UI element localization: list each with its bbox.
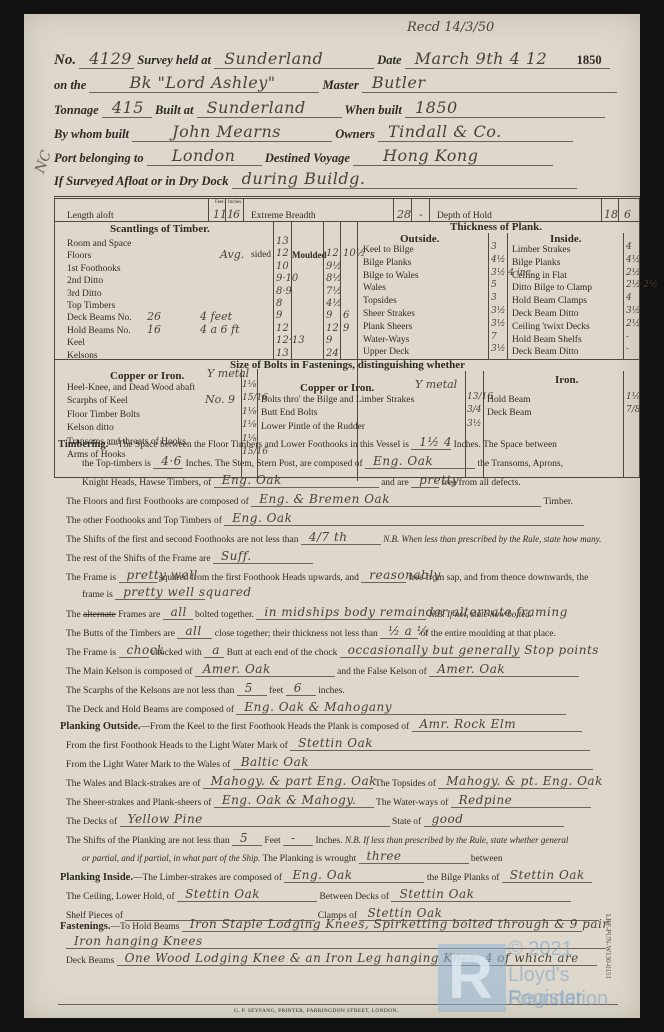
middle-value: 9½ — [326, 261, 342, 272]
filled-field: reasonably — [361, 569, 406, 583]
margin-initials: NC — [32, 148, 55, 175]
sided-value: 12·13 — [276, 335, 305, 346]
ends-value: 9 — [343, 323, 349, 334]
bolt-label: Heel-Knee, and Dead Wood abaft — [67, 383, 239, 393]
plank-outside-value: 3 — [491, 242, 497, 252]
middle-value: 24 — [326, 348, 339, 359]
length-label: Length aloft — [67, 211, 114, 221]
owners-label: Owners — [335, 127, 375, 141]
prose-text: The other Foothooks and Top Timbers of — [66, 516, 222, 526]
prose-text: From the Light Water Mark to the Wales o… — [66, 760, 230, 770]
date-label: Date — [377, 53, 401, 67]
prose-line: The Frame is chock chocked with a Butt a… — [66, 644, 520, 658]
master-label: Master — [323, 78, 359, 92]
filled-field: Eng. Oak — [365, 455, 475, 469]
port-label: Port belonging to — [54, 151, 144, 165]
handwritten-value: Stettin Oak — [510, 868, 585, 882]
filled-field: a — [204, 644, 224, 658]
prose-text: Feet — [264, 836, 280, 846]
prose-line: The Ceiling, Lower Hold, of Stettin Oak … — [66, 888, 571, 902]
plank-inside-value: 2½ — [626, 319, 640, 329]
filled-field: Eng. Oak — [214, 474, 379, 488]
prose-text: The Scarphs of the Kelsons are not less … — [66, 686, 234, 696]
filled-field: 6 — [286, 682, 316, 696]
handwritten-value: three — [367, 849, 402, 863]
filled-field: Eng. & Bremen Oak — [251, 493, 541, 507]
plank-inside-label: Deck Beam Ditto — [512, 347, 622, 357]
prose-text: The Ceiling, Lower Hold, of — [66, 892, 175, 902]
plank-outside-label: Bilge Planks — [363, 258, 487, 268]
voyage-label: Destined Voyage — [265, 151, 350, 165]
filled-field: Amer. Oak — [195, 663, 335, 677]
port-value: London — [172, 146, 236, 165]
prose-line: Knight Heads, Hawse Timbers, of Eng. Oak… — [82, 474, 521, 488]
prose-text: and are — [381, 478, 409, 488]
prose-line: From the Light Water Mark to the Wales o… — [66, 756, 593, 770]
handwritten-value: all — [171, 605, 187, 619]
handwritten-value: Amer. Oak — [437, 662, 505, 676]
filled-field: 5 — [232, 832, 262, 846]
plank-outside-value: 3½ — [491, 306, 505, 316]
handwritten-value: Iron Staple Lodging Knees, Spirketting b… — [190, 917, 609, 931]
handwritten-value: pretty well — [127, 568, 198, 582]
filled-field: three — [359, 850, 469, 864]
handwritten-value: Eng. Oak & Mahogy. — [222, 793, 356, 807]
handwritten-value: Amer. Oak — [203, 662, 271, 676]
when-built-label: When built — [345, 103, 402, 117]
prose-text: The Shifts of the first and second Footh… — [66, 535, 298, 545]
plank-inside-value: 4 — [626, 293, 632, 303]
plank-inside-label: Ceiling 'twixt Decks — [512, 322, 622, 332]
prose-text: The Water-ways of — [376, 798, 448, 808]
prose-text: The Frame is — [66, 573, 116, 583]
prose-text: The Stem, Stern Post, are composed of — [215, 459, 363, 469]
prose-line: The Shifts of the Planking are not less … — [66, 832, 568, 846]
prose-text: Inches. — [186, 459, 213, 469]
filled-field: good — [424, 813, 564, 827]
prose-line: Planking Outside.—From the Keel to the f… — [60, 718, 582, 732]
prose-text: From the first Foothook Heads to the Lig… — [66, 741, 288, 751]
prose-text: —The Limber-strakes are composed of — [133, 873, 282, 883]
handwritten-value: Mahogy. & part Eng. Oak — [211, 774, 377, 788]
filled-field: Yellow Pine — [120, 813, 390, 827]
prose-text: The — [66, 610, 81, 620]
plank-outside-label: Sheer Strakes — [363, 309, 487, 319]
handwritten-value: Stettin Oak — [298, 736, 373, 750]
floors-note: Avg. — [220, 248, 244, 261]
prose-text: The Planking is wrought — [262, 854, 356, 864]
prose-line: From the first Foothook Heads to the Lig… — [66, 737, 590, 751]
header-row-6: If Surveyed Afloat or in Dry Dock during… — [54, 172, 577, 189]
plank-inside-label: Ceiling in Flat — [512, 271, 622, 281]
filled-field: Eng. Oak — [224, 512, 584, 526]
prose-text: of the entire moulding at that place. — [421, 629, 556, 639]
header-row-1: No. 4129 Survey held at Sunderland Date … — [54, 52, 610, 69]
filled-field: - — [283, 832, 313, 846]
filled-field: Baltic Oak — [233, 756, 593, 770]
prose-line: Planking Inside.—The Limber-strakes are … — [60, 869, 592, 883]
handwritten-value: Eng. & Bremen Oak — [259, 492, 390, 506]
afloat-label: If Surveyed Afloat or in Dry Dock — [54, 174, 229, 188]
plank-inside-label: Hold Beam Clamps — [512, 296, 622, 306]
prose-text: between — [471, 854, 503, 864]
handwritten-value: pretty well squared — [123, 585, 251, 599]
sided-value: 13 — [276, 236, 289, 247]
prose-text: Butt at each end of the chock — [227, 648, 338, 658]
prose-text: The Frame is — [66, 648, 116, 658]
prose-line: The rest of the Shifts of the Frame are … — [66, 550, 313, 564]
plank-inside-label: Bilge Planks — [512, 258, 622, 268]
plank-inside-value: 2½ — [626, 268, 640, 278]
filled-field: Amer. Oak — [429, 663, 579, 677]
filled-field: 5 — [237, 682, 267, 696]
bolt-size: 3/4 — [467, 405, 481, 415]
section-heading: Fastenings. — [60, 921, 110, 932]
handwritten-value: Baltic Oak — [241, 755, 309, 769]
plank-outside-label: Wales — [363, 283, 487, 293]
prose-text: bolted together. — [195, 610, 254, 620]
prose-text: The rest of the Shifts of the Frame are — [66, 554, 211, 564]
prose-text: The Butts of the Timbers are — [66, 629, 175, 639]
built-at-label: Built at — [155, 103, 194, 117]
length-feet: 111 — [213, 208, 234, 221]
plank-inside-value: 2½·2½ — [626, 280, 658, 290]
sided-label: sided — [251, 250, 271, 260]
watermark-foundation: Foundation — [508, 988, 608, 1011]
plank-inside-value: - — [626, 344, 629, 354]
plank-outside-label: Keel to Bilge — [363, 245, 487, 255]
prose-text: —To Hold Beams — [110, 922, 179, 932]
scantling-label: 3rd Ditto — [67, 289, 247, 299]
prose-text: and the False Kelson of — [337, 667, 427, 677]
master-value: Butler — [372, 73, 426, 92]
filled-field: chock — [119, 644, 149, 658]
plank-outside-value: 4½ — [491, 255, 505, 265]
prose-line: or partial, and if partial, in what part… — [82, 850, 503, 864]
survey-document: Recd 14/3/50 No. 4129 Survey held at Sun… — [24, 14, 640, 1018]
watermark-copyright: © 2021 — [508, 938, 573, 961]
note-text: or partial, and if partial, in what part… — [82, 853, 260, 863]
filled-field: Mahogy. & part Eng. Oak — [203, 775, 373, 789]
plank-outside-value: 5 — [491, 280, 497, 290]
by-whom-value: John Mearns — [172, 122, 281, 141]
plank-inside-value: 4½ — [626, 255, 640, 265]
prose-line: frame is pretty well squared — [82, 586, 205, 600]
copper-title-left: Copper or Iron. — [110, 370, 184, 382]
inches-label: Inches. — [228, 200, 242, 205]
sided-value: 13 — [276, 348, 289, 359]
date-value: March 9th 4 12 — [415, 49, 548, 68]
prose-text: The Shifts of the Planking are not less … — [66, 836, 230, 846]
scantling-label: 2nd Ditto — [67, 276, 247, 286]
prose-text: feet — [269, 686, 283, 696]
prose-text: the Bilge Planks of — [427, 873, 500, 883]
prose-text: —The Space between the Floor Timbers and… — [108, 440, 409, 450]
length-inches: 6 — [233, 208, 240, 221]
prose-line: The Butts of the Timbers are all close t… — [66, 625, 556, 639]
bolts-title: Size of Bolts in Fastenings, distinguish… — [230, 359, 465, 371]
header-row-3: Tonnage 415 Built at Sunderland When bui… — [54, 101, 605, 118]
copper-title-mid: Copper or Iron. — [300, 382, 374, 394]
moulded-label: Moulded — [292, 250, 327, 260]
plank-outside-label: Plank Sheers — [363, 322, 487, 332]
note-text: N.B. If less than prescribed by the Rule… — [345, 835, 568, 845]
prose-text: close together; their thickness not less… — [215, 629, 378, 639]
prose-text: Inches. — [315, 836, 342, 846]
plank-outside-label: Water-Ways — [363, 335, 487, 345]
handwritten-value: 4·6 — [161, 454, 182, 468]
handwritten-value: Iron hanging Knees — [74, 934, 203, 948]
middle-value: 7½ — [326, 286, 342, 297]
handwritten-value: Eng. Oak — [373, 454, 433, 468]
handwritten-value: Eng. Oak — [292, 868, 352, 882]
filled-field: Eng. Oak & Mahogy. — [214, 794, 374, 808]
iron-bolt-label: Hold Beam — [487, 395, 621, 405]
built-at-value: Sunderland — [207, 98, 306, 117]
when-built-value: 1850 — [415, 98, 458, 117]
prose-line: the Top-timbers is 4·6 Inches. The Stem,… — [82, 455, 563, 469]
middle-value: 8½ — [326, 273, 342, 284]
bolt-label: Floor Timber Bolts — [67, 410, 239, 420]
filled-field: Stettin Oak — [391, 888, 571, 902]
header-row-4: By whom built John Mearns Owners Tindall… — [54, 125, 573, 142]
filled-field: all — [177, 625, 212, 639]
prose-text: frame is — [82, 590, 113, 600]
depth-inches: 6 — [624, 208, 631, 221]
bolt-size: 1⅛ — [242, 407, 256, 417]
bolt-label: Kelson ditto — [67, 423, 239, 433]
by-whom-label: By whom built — [54, 127, 129, 141]
filled-field: 4·6 — [153, 455, 183, 469]
handwritten-value: Eng. Oak — [222, 473, 282, 487]
handwritten-value: Mahogy. & pt. Eng. Oak — [446, 774, 603, 788]
header-row-2: on the Bk "Lord Ashley" Master Butler — [54, 76, 617, 93]
handwritten-value: Stettin Oak — [399, 887, 474, 901]
prose-line: The Floors and first Foothooks are compo… — [66, 493, 573, 507]
filled-field: pretty well — [119, 569, 157, 583]
bolt-label: Bolts thro' the Bilge and Limber Strakes — [261, 395, 463, 405]
prose-line: The alternate Frames are all bolted toge… — [66, 606, 532, 620]
filled-field: Mahogy. & pt. Eng. Oak — [438, 775, 588, 789]
survey-number: 4129 — [89, 49, 132, 68]
section-heading: Planking Inside. — [60, 872, 133, 883]
plank-outside-value: 3½ — [491, 319, 505, 329]
breadth-label: Extreme Breadth — [251, 211, 316, 221]
handwritten-value: 4/7 th — [309, 530, 348, 544]
prose-line: The Main Kelson is composed of Amer. Oak… — [66, 663, 579, 677]
afloat-value: during Buildg. — [242, 169, 366, 188]
filled-field: Stettin Oak — [290, 737, 590, 751]
sided-value: 10 — [276, 261, 289, 272]
plank-outside-value: 7 — [491, 332, 497, 342]
handwritten-value: a — [212, 643, 220, 657]
prose-text: Timber. — [543, 497, 572, 507]
printer-credit: G. P. SEYFANG, PRINTER, FARRINGDON STREE… — [234, 1008, 398, 1014]
prose-text: The Main Kelson is composed of — [66, 667, 192, 677]
sided-value: 8·9 — [276, 286, 292, 297]
prose-text: inches. — [318, 686, 345, 696]
year-printed: 1850 — [577, 53, 602, 68]
section-heading: Planking Outside. — [60, 721, 141, 732]
handwritten-value: Redpine — [459, 793, 513, 807]
filled-field: Amr. Rock Elm — [412, 718, 582, 732]
prose-text: Inches. — [454, 440, 481, 450]
middle-value: 12 — [326, 323, 339, 334]
prose-line: The Deck and Hold Beams are composed of … — [66, 701, 566, 715]
plank-title: Thickness of Plank. — [450, 221, 542, 233]
beam-count: 26 — [147, 310, 161, 323]
prose-line: The Sheer-strakes and Plank-sheers of En… — [66, 794, 591, 808]
handwritten-value: Stettin Oak — [185, 887, 260, 901]
filled-field: pretty — [411, 474, 439, 488]
plank-outside-value: 3 — [491, 293, 497, 303]
handwritten-value: good — [432, 812, 464, 826]
prose-line: The Wales and Black-strakes are of Mahog… — [66, 775, 588, 789]
prose-text: The Space between — [483, 440, 557, 450]
survey-held-label: Survey held at — [137, 53, 211, 67]
handwritten-value: ½ a ⅓ — [388, 624, 429, 638]
prose-text: The Decks of — [66, 817, 117, 827]
middle-value: 12 — [326, 248, 339, 259]
handwritten-value: occasionally but generally Stop points — [348, 643, 599, 657]
prose-text: The Wales and Black-strakes are of — [66, 779, 200, 789]
handwritten-value: Amr. Rock Elm — [420, 717, 517, 731]
handwritten-value: in midships body remainder alternate fra… — [264, 605, 567, 619]
sided-value: 12 — [276, 323, 289, 334]
ends-value: 6 — [343, 310, 349, 321]
handwritten-value: reasonably — [369, 568, 441, 582]
beam-space: 4 feet — [200, 310, 232, 323]
filled-field: Eng. Oak — [284, 869, 424, 883]
filled-field: in midships body remainder alternate fra… — [256, 606, 426, 620]
scarph-count: No. 9 — [205, 393, 235, 406]
plank-inside-label: Hold Beam Shelfs — [512, 335, 622, 345]
scantling-label: Keel — [67, 338, 247, 348]
scantling-label: 1st Foothooks — [67, 264, 247, 274]
sided-value: 8 — [276, 298, 282, 309]
copper-hand-left: Y metal — [207, 367, 249, 380]
sided-value: 9 — [276, 310, 282, 321]
prose-text: the Top-timbers is — [82, 459, 151, 469]
prose-text: The Deck and Hold Beams are composed of — [66, 705, 234, 715]
filled-field: pretty well squared — [115, 586, 205, 600]
bolt-label: Butt End Bolts — [261, 408, 463, 418]
iron-bolt-size: 1⅛ — [626, 392, 640, 402]
plank-inside-value: 3½ — [626, 306, 640, 316]
prose-line: The Decks of Yellow Pine State of good — [66, 813, 564, 827]
inside-title: Inside. — [550, 233, 582, 245]
filled-field: Redpine — [451, 794, 591, 808]
bolt-label: Lower Pintle of the Rudder — [261, 422, 463, 432]
plank-outside-value: 3½ — [491, 344, 505, 354]
middle-value: 9 — [326, 310, 332, 321]
prose-line: Fastenings.—To Hold Beams Iron Staple Lo… — [60, 918, 582, 932]
plank-outside-label: Upper Deck — [363, 347, 487, 357]
header-row-5: Port belonging to London Destined Voyage… — [54, 149, 553, 166]
received-annotation: Recd 14/3/50 — [407, 20, 494, 35]
handwritten-value: chock — [127, 643, 165, 657]
voyage-value: Hong Kong — [383, 146, 478, 165]
sided-value: 9·10 — [276, 273, 298, 284]
prose-line: The Scarphs of the Kelsons are not less … — [66, 682, 345, 696]
filled-field: Stettin Oak — [177, 888, 317, 902]
handwritten-value: 5 — [245, 681, 253, 695]
handwritten-value: Yellow Pine — [128, 812, 203, 826]
prose-text: The Sheer-strakes and Plank-sheers of — [66, 798, 211, 808]
handwritten-value: Eng. Oak & Mahogany — [244, 700, 392, 714]
middle-value: 9 — [326, 335, 332, 346]
prose-line: The other Foothooks and Top Timbers of E… — [66, 512, 584, 526]
iron-bolt-label: Deck Beam — [487, 408, 621, 418]
handwritten-value: 5 — [240, 831, 248, 845]
tonnage-label: Tonnage — [54, 103, 99, 117]
filled-field: Stettin Oak — [502, 869, 592, 883]
sided-value: 12 — [276, 248, 289, 259]
handwritten-value: 6 — [294, 681, 302, 695]
plank-inside-label: Ditto Bilge to Clamp — [512, 283, 622, 293]
handwritten-value: - — [291, 831, 296, 845]
outside-title: Outside. — [400, 233, 439, 245]
prose-text: —From the Keel to the first Foothook Hea… — [141, 722, 410, 732]
filled-field: Eng. Oak & Mahogany — [236, 701, 566, 715]
bolt-size: 1⅛ — [242, 420, 256, 430]
prose-text: Deck Beams — [66, 956, 114, 966]
iron-title: Iron. — [555, 374, 578, 386]
handwritten-value: Suff. — [221, 549, 252, 563]
copper-hand-mid: Y metal — [415, 378, 457, 391]
filled-field: Iron Staple Lodging Knees, Spirketting b… — [182, 918, 582, 932]
filled-field: 1½ 4 — [411, 436, 451, 450]
bolt-size: 1⅛ — [242, 380, 256, 390]
breadth-inches: - — [419, 208, 423, 221]
survey-held-value: Sunderland — [224, 49, 323, 68]
lr-foundation-logo: R — [438, 944, 506, 1012]
depth-feet: 18 — [604, 208, 618, 221]
plank-inside-value: 4 — [626, 242, 632, 252]
scantlings-title: Scantlings of Timber. — [110, 223, 210, 235]
beam-space: 4 a 6 ft — [200, 323, 240, 336]
prose-text: Knight Heads, Hawse Timbers, of — [82, 478, 211, 488]
plank-outside-label: Bilge to Wales — [363, 271, 487, 281]
filled-field: 4/7 th — [301, 531, 381, 545]
handwritten-value: all — [185, 624, 201, 638]
middle-value: 4½ — [326, 298, 342, 309]
prose-text: State of — [392, 817, 421, 827]
prose-line: The Shifts of the first and second Footh… — [66, 531, 601, 545]
prose-text: Between Decks of — [319, 892, 389, 902]
prose-text: the Transoms, Aprons, — [477, 459, 563, 469]
vessel-value: Bk "Lord Ashley" — [129, 73, 275, 92]
prose-text: The Floors and first Foothooks are compo… — [66, 497, 249, 507]
struck-text: alternate — [83, 610, 116, 620]
plank-outside-label: Topsides — [363, 296, 487, 306]
feet-label: Feet. — [215, 200, 225, 205]
section-heading: Timbering. — [58, 439, 108, 450]
beam-count: 16 — [147, 323, 161, 336]
breadth-feet: 28 — [397, 208, 411, 221]
bolt-size: 3½ — [467, 419, 481, 429]
owners-value: Tindall & Co. — [388, 122, 502, 141]
plank-inside-label: Deck Beam Ditto — [512, 309, 622, 319]
no-label: No. — [54, 52, 76, 68]
prose-text: Frames are — [118, 610, 160, 620]
on-the-label: on the — [54, 78, 86, 92]
handwritten-value: Eng. Oak — [232, 511, 292, 525]
plank-inside-value: - — [626, 332, 629, 342]
filled-field: ½ a ⅓ — [380, 625, 418, 639]
plank-inside-label: Limber Strakes — [512, 245, 622, 255]
filled-field: Suff. — [213, 550, 313, 564]
